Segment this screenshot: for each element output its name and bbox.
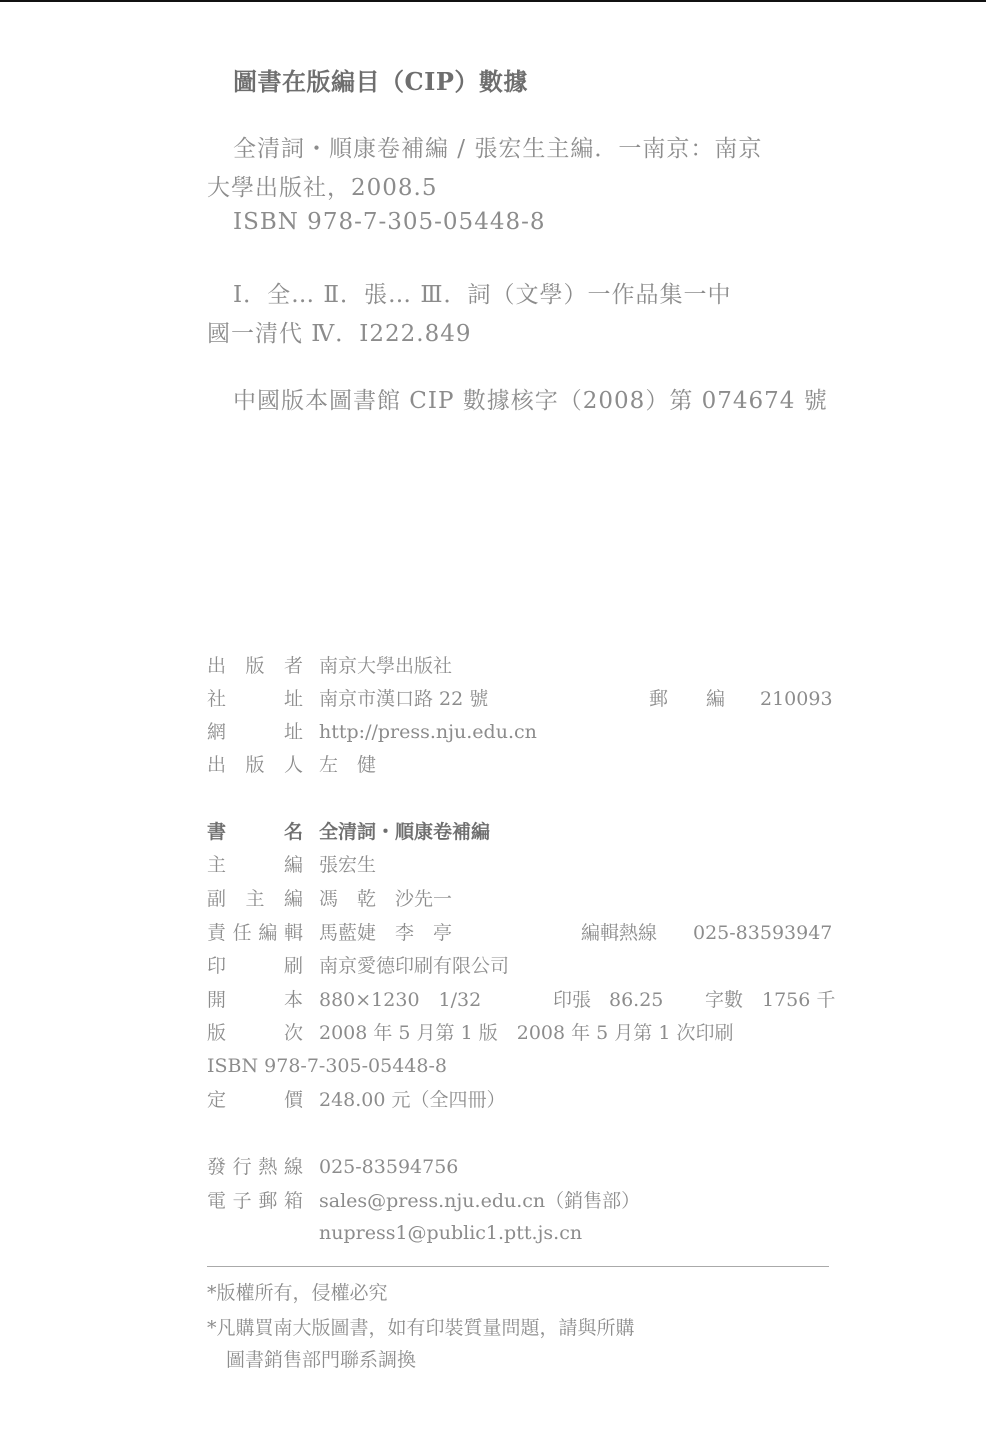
cip-subject-line-1: Ⅰ．全… Ⅱ．張… Ⅲ．詞（文學）一作品集一中: [233, 276, 732, 309]
chief-editor-label: 主編: [207, 850, 303, 880]
price-row: 定價248.00 元（全四冊）: [207, 1085, 506, 1115]
website-label: 網址: [207, 717, 303, 747]
postcode-label: 郵 編: [649, 684, 725, 714]
website-row: 網址http://press.nju.edu.cn: [207, 717, 537, 747]
email-label: 電子郵箱: [207, 1186, 303, 1216]
price-value: 248.00 元（全四冊）: [319, 1085, 506, 1115]
cip-subject-line-2: 國一清代 Ⅳ．I222.849: [207, 315, 472, 348]
deputy-editors-label: 副主編: [207, 884, 303, 914]
format-value: 880×1230 1/32: [319, 985, 481, 1015]
chief-editor-value: 張宏生: [319, 850, 376, 880]
email-sales-link[interactable]: sales@press.nju.edu.cn（銷售部）: [319, 1186, 640, 1216]
edition-value: 2008 年 5 月第 1 版 2008 年 5 月第 1 次印刷: [319, 1018, 733, 1048]
cip-isbn: ISBN 978-7-305-05448-8: [233, 209, 546, 235]
book-title-row: 書名全清詞・順康卷補編: [207, 817, 490, 847]
book-title-label: 書名: [207, 817, 303, 847]
responsible-editors-label: 責任編輯: [207, 918, 303, 948]
publisher-row: 出版者南京大學出版社: [207, 651, 452, 681]
responsible-editors-row: 責任編輯馬藍婕 李 亭 編輯熱線 025-83593947: [207, 918, 829, 948]
printer-row: 印刷南京愛德印刷有限公司: [207, 951, 509, 981]
sheets-value: 86.25: [609, 985, 663, 1015]
editorial-hotline-value: 025-83593947: [693, 918, 832, 948]
format-row: 開本880×1230 1/32 印張 86.25 字數 1756 千: [207, 985, 847, 1015]
chief-editor-row: 主編張宏生: [207, 850, 376, 880]
address-row: 社址南京市漢口路 22 號 郵 編 210093: [207, 684, 829, 714]
edition-row: 版次2008 年 5 月第 1 版 2008 年 5 月第 1 次印刷: [207, 1018, 733, 1048]
deputy-editors-row: 副主編馮 乾 沙先一: [207, 884, 452, 914]
word-count-value: 1756 千: [762, 985, 835, 1015]
distribution-hotline-value: 025-83594756: [319, 1152, 458, 1182]
publisher-label: 出版者: [207, 651, 303, 681]
exchange-note-line-2: 圖書銷售部門聯系調換: [207, 1345, 416, 1375]
deputy-editors-value: 馮 乾 沙先一: [319, 884, 452, 914]
responsible-editors-value: 馬藍婕 李 亭: [319, 918, 452, 948]
edition-label: 版次: [207, 1018, 303, 1048]
email-row: 電子郵箱sales@press.nju.edu.cn（銷售部）: [207, 1186, 640, 1216]
copyright-note: *版權所有，侵權必究: [207, 1278, 388, 1308]
cip-heading: 圖書在版編目（CIP）數據: [233, 62, 528, 97]
exchange-note-line-1: *凡購買南大版圖書，如有印裝質量問題，請與所購: [207, 1313, 635, 1343]
book-title-value: 全清詞・順康卷補編: [319, 817, 490, 847]
printer-label: 印刷: [207, 951, 303, 981]
publisher-person-label: 出版人: [207, 750, 303, 780]
cip-record-line-2: 大學出版社，2008.5: [207, 169, 437, 202]
email-nupress-link[interactable]: nupress1@public1.ptt.js.cn: [319, 1218, 582, 1248]
isbn-row: ISBN 978-7-305-05448-8: [207, 1051, 447, 1081]
footer-divider: [207, 1266, 829, 1267]
postcode-value: 210093: [760, 684, 833, 714]
cip-record-line-1: 全清詞・順康卷補編 / 張宏生主編．一南京：南京: [233, 130, 762, 163]
sheets-label: 印張: [553, 985, 591, 1015]
distribution-hotline-label: 發行熱線: [207, 1152, 303, 1182]
address-value: 南京市漢口路 22 號: [319, 684, 488, 714]
format-label: 開本: [207, 985, 303, 1015]
editorial-hotline-label: 編輯熱線: [581, 918, 657, 948]
word-count-label: 字數: [705, 985, 743, 1015]
printer-value: 南京愛德印刷有限公司: [319, 951, 509, 981]
publisher-person-row: 出版人左 健: [207, 750, 376, 780]
address-label: 社址: [207, 684, 303, 714]
publisher-person-value: 左 健: [319, 750, 376, 780]
email-row-2: nupress1@public1.ptt.js.cn: [207, 1218, 582, 1248]
cip-approval-number: 中國版本圖書館 CIP 數據核字（2008）第 074674 號: [233, 382, 828, 415]
top-border-rule: [0, 0, 986, 2]
price-label: 定價: [207, 1085, 303, 1115]
publisher-value: 南京大學出版社: [319, 651, 452, 681]
isbn-value: ISBN 978-7-305-05448-8: [207, 1051, 447, 1081]
website-link[interactable]: http://press.nju.edu.cn: [319, 717, 537, 747]
distribution-hotline-row: 發行熱線025-83594756: [207, 1152, 458, 1182]
